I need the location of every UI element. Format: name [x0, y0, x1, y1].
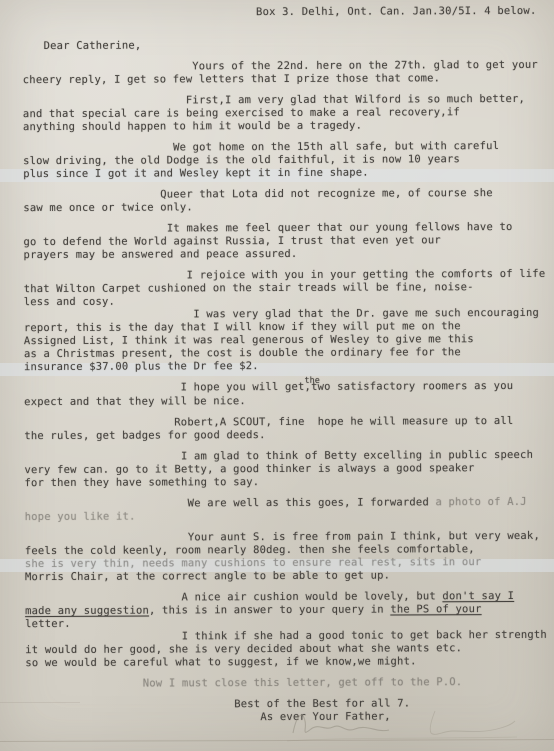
letter-text: that Wilton Carpet cushioned on the stai…	[24, 281, 474, 295]
underlined-text: made any suggestion	[25, 605, 149, 618]
letter-line: made any suggestion, this is in answer t…	[25, 603, 539, 618]
letter-paragraph: It makes me feel queer that our young fe…	[23, 221, 537, 262]
letter-text: it would do her good, she is very decide…	[25, 642, 462, 656]
letter-line: Yours of the 22nd. here on the 27th. gla…	[23, 59, 537, 74]
letter-text: she is very thin, needs many cushions to…	[25, 556, 482, 570]
letter-text: expect and that they will be nice.	[24, 395, 246, 408]
letter-text: A nice air cushion would be lovely, but	[25, 590, 442, 604]
letter-line: the rules, get badges for good deeds.	[24, 428, 538, 443]
letter-text: letter.	[25, 618, 71, 630]
letter-paragraph: We are well as this goes, I forwarded a …	[25, 496, 539, 524]
letter-text: First,I am very glad that Wilford is so …	[23, 93, 525, 107]
letter-paragraph: Now I must close this letter, get off to…	[25, 676, 539, 691]
letter-text: It makes me feel queer that our young fe…	[23, 221, 512, 235]
letter-line: it would do her good, she is very decide…	[25, 642, 539, 657]
letter-line: Queer that Lota did not recognize me, of…	[23, 187, 537, 202]
letter-line: It makes me feel queer that our young fe…	[23, 221, 537, 236]
letter-line: for then they have something to say.	[24, 475, 538, 490]
letter-line: cheery reply, I get so few letters that …	[23, 72, 537, 87]
letter-text: so we would be careful what to suggest, …	[25, 655, 416, 669]
letter-text: a photo of A.J	[435, 496, 526, 508]
letter-text: report, this is the day that I will know…	[24, 320, 461, 334]
letter-text: and that special care is being exercised…	[23, 106, 460, 120]
letter-paragraph: Your aunt S. is free from pain I think, …	[25, 530, 539, 584]
letter-line: slow driving, the old Dodge is the old f…	[23, 153, 537, 168]
letter-paragraph: Queer that Lota did not recognize me, of…	[23, 187, 537, 215]
letter-text: go to defend the World against Russia, I…	[23, 234, 440, 248]
letter-text: We are well as this goes, I forwarded	[25, 496, 436, 510]
letter-line: she is very thin, needs many cushions to…	[25, 556, 539, 571]
letter-paragraph: A nice air cushion would be lovely, but …	[25, 590, 539, 631]
letter-line: Morris Chair, at the correct angle to be…	[25, 569, 539, 584]
letter-text: I am glad to think of Betty excelling in…	[24, 449, 533, 463]
letter-text: saw me once or twice only.	[23, 201, 193, 214]
letter-text: for then they have something to say.	[24, 476, 259, 489]
letter-text: ,two satisfactory roomers as you	[305, 380, 514, 393]
letter-text: feels the cold keenly, room nearly 80deg…	[25, 543, 475, 557]
letter-paragraph: I hope you will getthe,two satisfactory …	[24, 380, 538, 409]
letter-line: that Wilton Carpet cushioned on the stai…	[24, 281, 538, 296]
letter-text: as a Christmas present, the cost is doub…	[24, 346, 461, 360]
letter-text: insurance $37.00 plus the Dr fee $2.	[24, 360, 259, 373]
letter-text: Robert,A SCOUT, fine hope he will measur…	[24, 415, 513, 429]
letter-paragraph: I was very glad that the Dr. gave me suc…	[24, 307, 538, 374]
letter-line: plus since I got it and Wesley kept it i…	[23, 166, 537, 181]
letter-line: very few can. go to it Betty, a good thi…	[24, 462, 538, 477]
letter-line: anything should happen to him it would b…	[23, 119, 537, 134]
letter-text: I think if she had a good tonic to get b…	[25, 629, 547, 643]
letter-paragraph: I am glad to think of Betty excelling in…	[24, 449, 538, 490]
letter-text: Queer that Lota did not recognize me, of…	[23, 187, 493, 201]
letter-text: Morris Chair, at the correct angle to be…	[25, 570, 390, 584]
letter-line: Robert,A SCOUT, fine hope he will measur…	[24, 415, 538, 430]
letter-text: We got home on the 15th all safe, but wi…	[23, 140, 499, 154]
letter-text: , this is in answer to your query in	[149, 604, 390, 617]
letter-text: the rules, get badges for good deeds.	[24, 429, 265, 442]
letter-line: hope you like it.	[25, 509, 539, 524]
letter-text: slow driving, the old Dodge is the old f…	[23, 153, 460, 167]
letter-text: less and cosy.	[24, 296, 115, 308]
salutation: Dear Catherine,	[44, 38, 537, 53]
letter-text: anything should happen to him it would b…	[23, 120, 362, 133]
underlined-text: don't say I	[442, 590, 514, 602]
letter-line: We are well as this goes, I forwarded a …	[25, 496, 539, 511]
letter-text: Assigned List, I think it was real gener…	[24, 333, 474, 347]
letter-paragraph: I think if she had a good tonic to get b…	[25, 629, 539, 670]
letter-dateline: Box 3. Delhi, Ont. Can. Jan.30/5I. 4 bel…	[22, 5, 536, 20]
letter-text: very few can. go to it Betty, a good thi…	[24, 462, 474, 476]
letter-paragraph: First,I am very glad that Wilford is so …	[23, 93, 537, 134]
letter-text: I rejoice with you in your getting the c…	[24, 268, 546, 282]
letter-line: and that special care is being exercised…	[23, 106, 537, 121]
letter-paragraph: I rejoice with you in your getting the c…	[24, 268, 538, 309]
letter-line: saw me once or twice only.	[23, 200, 537, 215]
letter-line: prayers may be answered and peace assure…	[24, 247, 538, 262]
letter-text: hope you like it.	[25, 511, 136, 523]
letter-text: Yours of the 22nd. here on the 27th. gla…	[23, 59, 538, 73]
letter-text: plus since I got it and Wesley kept it i…	[23, 167, 369, 181]
letter-text: prayers may be answered and peace assure…	[24, 248, 298, 261]
letter-line: Now I must close this letter, get off to…	[25, 676, 539, 691]
letter-text: Now I must close this letter, get off to…	[25, 676, 462, 690]
letter-paragraph: Robert,A SCOUT, fine hope he will measur…	[24, 415, 538, 443]
letter-line: so we would be careful what to suggest, …	[25, 655, 539, 670]
letter-text: I hope you will get	[24, 381, 304, 394]
letter-paragraph: Yours of the 22nd. here on the 27th. gla…	[23, 59, 537, 87]
letter-line: insurance $37.00 plus the Dr fee $2.	[24, 359, 538, 374]
signature-handwriting	[285, 703, 520, 745]
letter-body: Yours of the 22nd. here on the 27th. gla…	[23, 59, 540, 725]
letter-text: cheery reply, I get so few letters that …	[23, 72, 440, 86]
letter-line: I hope you will getthe,two satisfactory …	[24, 380, 538, 396]
letter-text: I was very glad that the Dr. gave me suc…	[24, 307, 539, 321]
underlined-text: the PS of your	[390, 603, 481, 615]
letter-line: expect and that they will be nice.	[24, 394, 538, 409]
letter-page: Box 3. Delhi, Ont. Can. Jan.30/5I. 4 bel…	[0, 0, 554, 725]
letter-paragraph: We got home on the 15th all safe, but wi…	[23, 140, 537, 181]
letter-text: Your aunt S. is free from pain I think, …	[25, 530, 540, 544]
letter-line: as a Christmas present, the cost is doub…	[24, 346, 538, 361]
